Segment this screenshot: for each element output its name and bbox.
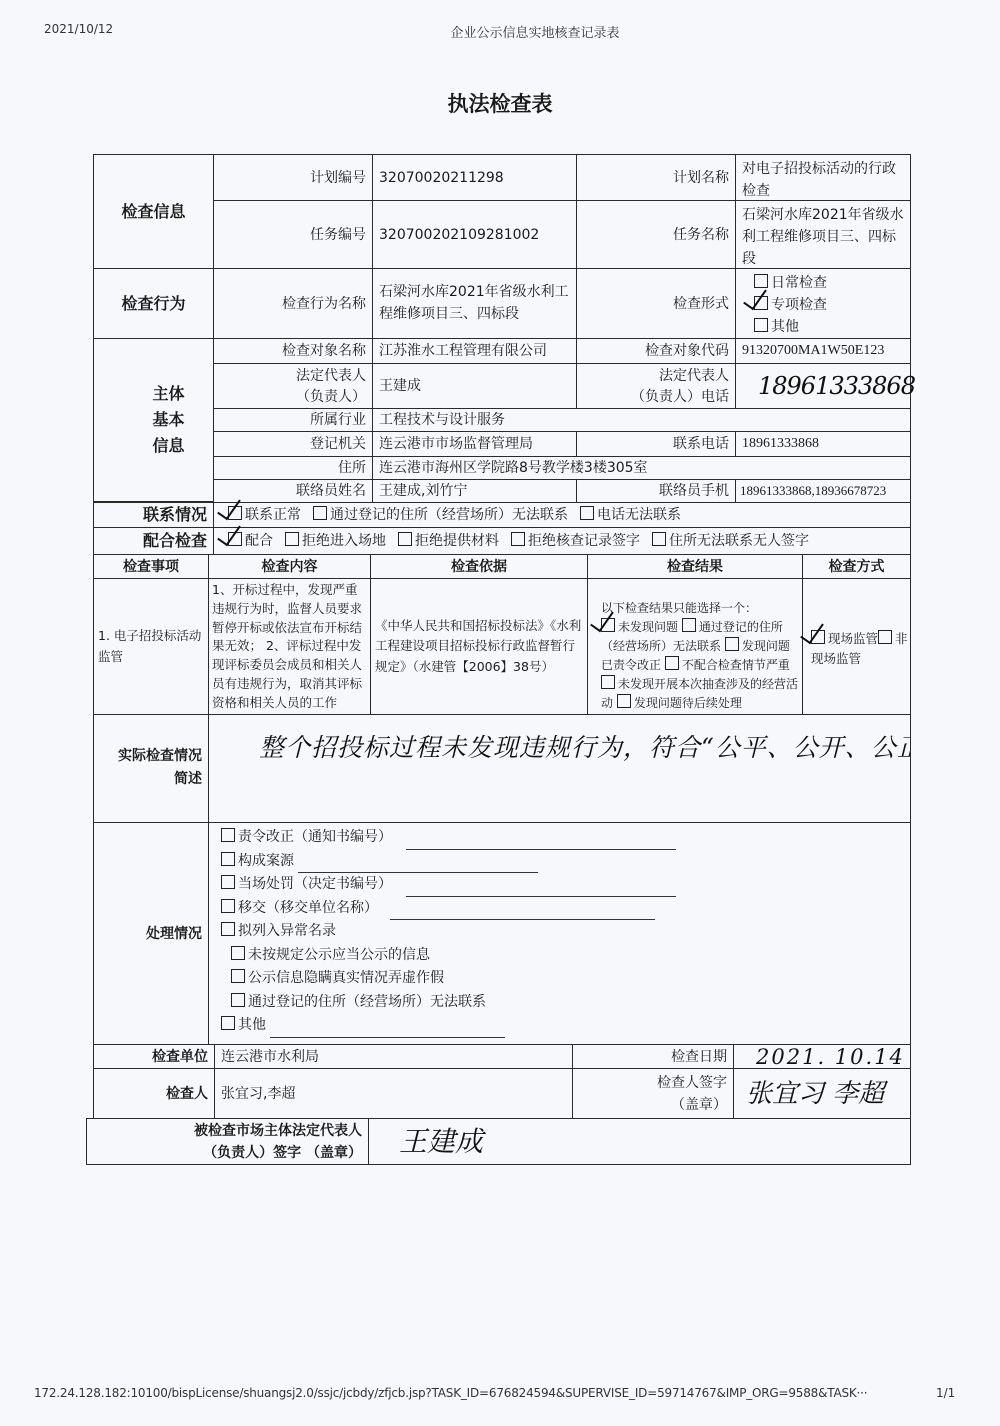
checkbox-no-problem-checked[interactable] (601, 618, 615, 632)
document-title: 执法检查表 (0, 88, 1000, 118)
liaison-name-value: 王建成,刘竹宁 (372, 479, 577, 503)
option-label: 未按规定公示应当公示的信息 (248, 947, 430, 963)
checkbox[interactable] (682, 618, 696, 632)
contact-phone-value: 18961333868 (735, 431, 911, 457)
option-label: 公示信息隐瞒真实情况弄虚作假 (248, 970, 444, 986)
inspector-signature-handwritten[interactable]: 张宜习 李超 (733, 1068, 911, 1119)
option-label: 构成案源 (238, 853, 294, 869)
handling-options: 责令改正（通知书编号） 构成案源 当场处罚（决定书编号） 移交（移交单位名称） … (208, 822, 911, 1045)
section-label-line: 基本 (152, 407, 184, 433)
col-header-method: 检查方式 (802, 554, 911, 579)
registration-authority-label: 登记机关 (213, 431, 373, 457)
inspection-date-handwritten: 2021. 10.14 (733, 1044, 911, 1069)
notice-number-line[interactable] (406, 835, 676, 850)
coop-option-refuse-sign[interactable]: 拒绝核查记录签字 (511, 530, 640, 552)
checkbox[interactable] (285, 532, 299, 546)
checkbox[interactable] (580, 506, 594, 520)
object-name-value: 江苏淮水工程管理有限公司 (372, 338, 577, 364)
option-label: 现场监管 (828, 631, 878, 646)
legal-rep-label: 法定代表人 （负责人） (213, 363, 373, 409)
table-row-method: 现场监管非现场监管 (802, 578, 911, 715)
checkbox[interactable] (617, 694, 631, 708)
label-line: 法定代表人 (214, 366, 366, 387)
checkbox[interactable] (231, 969, 245, 983)
task-number-label: 任务编号 (213, 200, 373, 269)
object-name-label: 检查对象名称 (213, 338, 373, 364)
form-option-label: 其他 (771, 319, 799, 335)
option-label: 移交（移交单位名称） (238, 900, 378, 916)
inspection-unit-label: 检查单位 (93, 1044, 215, 1069)
decision-number-line[interactable] (406, 882, 676, 897)
option-label: 拒绝核查记录签字 (528, 533, 640, 549)
inspectors-value: 张宜习,李超 (214, 1068, 573, 1119)
transfer-unit-line[interactable] (390, 905, 655, 920)
handling-option-on-site-penalty[interactable]: 当场处罚（决定书编号） (221, 873, 910, 897)
registration-authority-value: 连云港市市场监督管理局 (372, 431, 577, 457)
plan-number-label: 计划编号 (213, 154, 373, 201)
inspection-unit-value: 连云港市水利局 (214, 1044, 573, 1069)
result-option-pending[interactable]: 发现问题待后续处理 (617, 696, 742, 710)
option-label: 通过登记的住所（经营场所）无法联系 (248, 994, 486, 1010)
label-line: 法定代表人 (577, 366, 729, 387)
coop-option-cooperate[interactable]: 配合 (228, 530, 273, 552)
checkbox[interactable] (313, 506, 327, 520)
form-option-other[interactable]: 其他 (754, 316, 910, 338)
label-line: （负责人） (214, 387, 366, 408)
label-line: 简述 (94, 768, 202, 791)
action-name-label: 检查行为名称 (213, 268, 373, 339)
object-code-label: 检查对象代码 (576, 338, 736, 364)
object-code-value: 91320700MA1W50E123 (735, 338, 911, 364)
coop-option-no-signer[interactable]: 住所无法联系无人签字 (652, 530, 809, 552)
checkbox[interactable] (221, 922, 235, 936)
address-value: 连云港市海州区学院路8号教学楼3楼305室 (372, 456, 911, 480)
industry-label: 所属行业 (213, 408, 373, 432)
option-label: 拒绝提供材料 (415, 533, 499, 549)
other-line[interactable] (270, 1023, 505, 1038)
handling-option-rectify[interactable]: 责令改正（通知书编号） (221, 826, 910, 850)
subject-signature-handwritten[interactable]: 王建成 (368, 1118, 911, 1165)
print-footer-url: 172.24.128.182:10100/bispLicense/shuangs… (34, 1386, 867, 1400)
plan-name-value: 对电子招投标活动的行政检查 (735, 154, 911, 201)
form-option-special[interactable]: 专项检查 (754, 294, 910, 316)
result-intro: 以下检查结果只能选择一个： (601, 599, 799, 618)
col-header-basis: 检查依据 (370, 554, 588, 579)
actual-situation-handwritten[interactable]: 整个招投标过程未发现违规行为，符合“公平、公开、公正”原则 (208, 714, 911, 823)
checkbox[interactable] (221, 828, 235, 842)
table-row-content: 1、开标过程中，发现严重违规行为时，监督人员要求暂停开标或依法宣布开标结果无效；… (208, 578, 371, 715)
checkbox-onsite-checked[interactable] (811, 630, 825, 644)
option-label: 不配合检查情节严重 (682, 658, 790, 672)
contact-status-options: 联系正常 通过登记的住所（经营场所）无法联系 电话无法联系 (213, 502, 911, 528)
task-name-label: 任务名称 (576, 200, 736, 269)
inspection-form-options: 日常检查 专项检查 其他 (735, 268, 911, 339)
result-option-no-problem[interactable]: 未发现问题 (601, 620, 678, 634)
option-label: 其他 (238, 1017, 266, 1033)
industry-value: 工程技术与设计服务 (372, 408, 911, 432)
contact-option-address-unreachable[interactable]: 通过登记的住所（经营场所）无法联系 (313, 504, 568, 526)
checkbox-normal-checked[interactable] (228, 506, 242, 520)
handling-option-other[interactable]: 其他 (221, 1014, 910, 1038)
checkbox-cooperate-checked[interactable] (228, 532, 242, 546)
form-option-routine[interactable]: 日常检查 (754, 272, 910, 294)
label-line: （负责人）签字 （盖章） (87, 1142, 362, 1164)
checkbox[interactable] (231, 946, 245, 960)
contact-option-phone-unreachable[interactable]: 电话无法联系 (580, 504, 681, 526)
checkbox[interactable] (725, 637, 739, 651)
col-header-item: 检查事项 (93, 554, 209, 579)
option-label: 未发现问题 (618, 620, 678, 634)
checkbox[interactable] (878, 630, 892, 644)
contact-status-label: 联系情况 (93, 502, 214, 528)
section-label-line: 信息 (152, 433, 184, 459)
contact-option-normal[interactable]: 联系正常 (228, 504, 301, 526)
form-option-label: 专项检查 (771, 297, 827, 313)
liaison-mobile-label: 联络员手机 (576, 479, 736, 503)
task-number-value: 320700202109281002 (372, 200, 577, 269)
checkbox-other[interactable] (754, 318, 768, 332)
option-label: 通过登记的住所（经营场所）无法联系 (330, 507, 568, 523)
checkbox[interactable] (221, 1016, 235, 1030)
case-source-line[interactable] (298, 858, 538, 873)
section-label-line: 主体 (152, 381, 184, 407)
checkbox[interactable] (398, 532, 412, 546)
checkbox[interactable] (221, 875, 235, 889)
inspectors-label: 检查人 (93, 1068, 215, 1119)
print-page-indicator: 1/1 (936, 1386, 955, 1400)
coop-option-refuse-entry[interactable]: 拒绝进入场地 (285, 530, 386, 552)
option-label: 拒绝进入场地 (302, 533, 386, 549)
option-label: 联系正常 (245, 507, 301, 523)
method-option-onsite[interactable]: 现场监管 (811, 631, 878, 646)
label-line: （盖章） (573, 1094, 727, 1116)
label-line: 检查人签字 (573, 1072, 727, 1094)
liaison-mobile-value: 18961333868,18936678723 (735, 479, 911, 503)
handling-suboption-false-info[interactable]: 公示信息隐瞒真实情况弄虚作假 (221, 967, 910, 991)
col-header-result: 检查结果 (587, 554, 803, 579)
table-row-basis: 《中华人民共和国招标投标法》《水利工程建设项目招标投标行政监督暂行规定》（水建管… (370, 578, 588, 715)
subject-info-section-label: 主体 基本 信息 (93, 338, 214, 502)
plan-name-label: 计划名称 (576, 154, 736, 201)
checkbox[interactable] (221, 852, 235, 866)
legal-rep-phone-label: 法定代表人 （负责人）电话 (576, 363, 736, 409)
print-page-title: 企业公示信息实地核查记录表 (0, 22, 1000, 41)
action-name-value: 石梁河水库2021年省级水利工程维修项目三、四标段 (372, 268, 577, 339)
option-label: 拟列入异常名录 (238, 923, 336, 939)
checkbox[interactable] (231, 993, 245, 1007)
label-line: （负责人）电话 (577, 387, 729, 408)
label-line: 被检查市场主体法定代表人 (87, 1120, 362, 1142)
inspection-action-section-label: 检查行为 (93, 268, 214, 339)
option-label: 当场处罚（决定书编号） (238, 876, 392, 892)
checkbox[interactable] (652, 532, 666, 546)
inspection-date-label: 检查日期 (572, 1044, 734, 1069)
plan-number-value: 32070020211298 (372, 154, 577, 201)
label-line: 实际检查情况 (94, 745, 202, 768)
checkbox[interactable] (511, 532, 525, 546)
col-header-content: 检查内容 (208, 554, 371, 579)
legal-rep-phone-handwritten: 18961333868 (735, 363, 911, 409)
handling-label: 处理情况 (93, 822, 209, 1045)
cooperation-options: 配合 拒绝进入场地 拒绝提供材料 拒绝核查记录签字 住所无法联系无人签字 (213, 527, 911, 555)
task-name-value: 石梁河水库2021年省级水利工程维修项目三、四标段 (735, 200, 911, 269)
handling-option-case-source[interactable]: 构成案源 (221, 850, 910, 874)
checkbox-special-checked[interactable] (754, 296, 768, 310)
checkbox[interactable] (601, 675, 615, 689)
option-label: 配合 (245, 533, 273, 549)
table-row-item: 1. 电子招投标活动监管 (93, 578, 209, 715)
option-label: 发现问题待后续处理 (634, 696, 742, 710)
subject-signature-label: 被检查市场主体法定代表人 （负责人）签字 （盖章） (86, 1118, 369, 1165)
legal-rep-value: 王建成 (372, 363, 577, 409)
form-option-label: 日常检查 (771, 275, 827, 291)
checkbox[interactable] (665, 656, 679, 670)
coop-option-refuse-materials[interactable]: 拒绝提供材料 (398, 530, 499, 552)
checkbox[interactable] (221, 899, 235, 913)
option-label: 电话无法联系 (597, 507, 681, 523)
handling-suboption-not-disclosed[interactable]: 未按规定公示应当公示的信息 (221, 944, 910, 968)
table-row-result: 以下检查结果只能选择一个： 未发现问题 通过登记的住所（经营场所）无法联系 发现… (587, 578, 803, 715)
inspection-info-section-label: 检查信息 (93, 154, 214, 269)
handling-suboption-unreachable[interactable]: 通过登记的住所（经营场所）无法联系 (221, 991, 910, 1015)
handling-option-transfer[interactable]: 移交（移交单位名称） (221, 897, 910, 921)
inspection-form-label: 检查形式 (576, 268, 736, 339)
handling-option-abnormal-list[interactable]: 拟列入异常名录 (221, 920, 910, 944)
inspector-signature-label: 检查人签字 （盖章） (572, 1068, 734, 1119)
cooperation-label: 配合检查 (93, 527, 214, 555)
contact-phone-label: 联系电话 (576, 431, 736, 457)
option-label: 住所无法联系无人签字 (669, 533, 809, 549)
address-label: 住所 (213, 456, 373, 480)
actual-situation-label: 实际检查情况 简述 (93, 714, 209, 823)
result-option-non-cooperation[interactable]: 不配合检查情节严重 (665, 658, 790, 672)
option-label: 责令改正（通知书编号） (238, 829, 392, 845)
